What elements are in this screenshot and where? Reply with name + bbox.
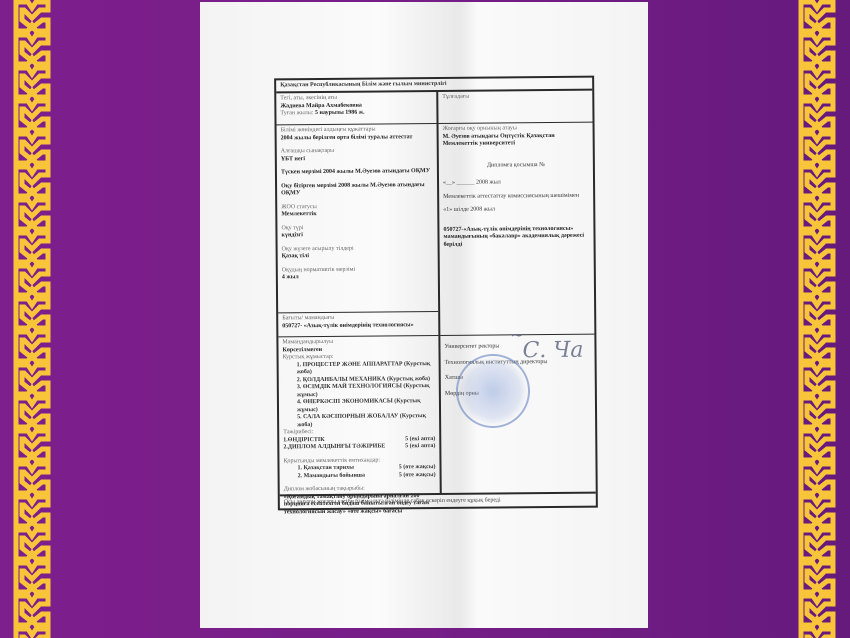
specialty-value: 050727- «Азық-түлік өнімдерінің технолог… <box>282 322 434 331</box>
duration-value: 4 жыл <box>282 273 434 282</box>
footer-note: Осы диплом жоғары кәсіби білім алуға біл… <box>280 492 596 509</box>
birth-value: 5 наурызы 1986 ж. <box>315 110 365 116</box>
birth-label: Туған жылы: <box>280 110 313 116</box>
exam-row: 2. Мамандығы бойынша5 (өте жақсы) <box>284 472 436 481</box>
left-column: Тегі, аты, әкесінің аты Жадиева Майра Ах… <box>276 92 441 494</box>
scanned-page: Қазақстан Республикасының Білім және ғыл… <box>200 2 648 628</box>
coursework-item: 1. ПРОЦЕСТЕР ЖӘНЕ АППАРАТТАР (Курстық жо… <box>283 361 435 377</box>
official-seal <box>456 354 530 428</box>
ornament-border-left <box>12 0 52 638</box>
photo-label: Тұлғадағы <box>442 93 588 102</box>
practice-row: 2.ДИПЛОМ АЛДЫНҒЫ ТӘЖІРИБЕ5 (екі апта) <box>283 443 435 452</box>
university-value: М. Әуезов атындағы Оңтүстік Қазақстан Ме… <box>443 132 589 148</box>
diploma-supplement: Қазақстан Республикасының Білім және ғыл… <box>274 76 598 511</box>
graduated: Оқу бітірген мерзімі 2008 жылы М.Әуезов … <box>281 182 433 198</box>
coursework-item: 3. ӨСІМДІК МАЙ ТЕХНОЛОГИЯСЫ (Курстық жұм… <box>283 383 435 399</box>
director-signature: С. Ча <box>522 347 583 355</box>
coursework-item: 4. ӨНЕРКӘСІП ЭКОНОМИКАСЫ (Курстық жұмыс) <box>283 398 435 414</box>
qualification: 050727-«Азық-түлік өнімдерінің технологи… <box>443 225 589 249</box>
prev-edu-value: 2004 жылы берілген орта білімі туралы ат… <box>281 134 433 143</box>
right-column: Тұлғадағы Жоғарғы оқу орнының атауы М. Ә… <box>438 91 595 493</box>
admitted: Түскен мерзімі 2004 жылы М.Әуезов атында… <box>281 168 433 177</box>
ornament-border-right <box>797 0 837 638</box>
coursework-item: 5. САЛА КӘСІПОРНЫН ЖОБАЛАУ (Курстық жоба… <box>283 413 435 429</box>
commission-label: Мемлекеттік аттестаттау комиссиясының ше… <box>443 192 589 201</box>
